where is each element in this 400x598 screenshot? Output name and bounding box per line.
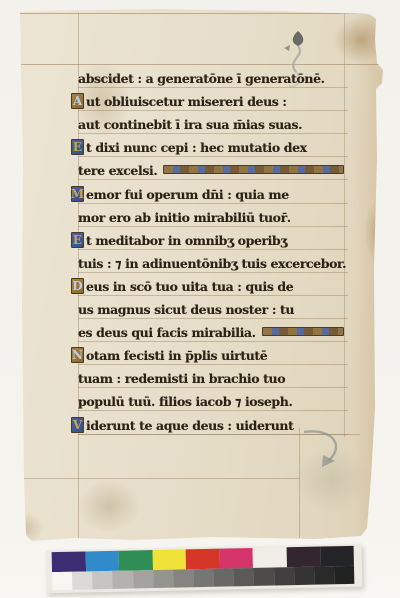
gray-patch [253,568,274,586]
gray-patch [153,570,174,588]
line-text: t dixi nunc cepi : hec mutatio dex [86,140,307,155]
color-patch [253,547,287,568]
gray-patch [133,570,154,588]
text-line: populū tuū. filios iacob ⁊ ioseph. [78,388,348,411]
line-text: aut continebit ī ira sua m̄ias suas. [78,117,302,132]
line-text: mor ero ab initio mirabiliū tuor̄. [78,210,291,225]
color-patch [119,550,153,571]
illuminated-initial: M [71,186,84,202]
gray-patch [213,568,234,586]
gray-patch [334,566,355,584]
gray-patch [314,566,335,584]
text-line: Deus in scō tuo uita tua : quis de [78,273,348,296]
color-patch [152,549,186,570]
text-line: aut continebit ī ira sua m̄ias suas. [78,111,348,134]
color-patch [219,548,253,569]
gray-patch [294,567,315,585]
illuminated-initial: A [71,93,84,109]
ruling-line [24,478,300,479]
line-text: ut obliuiscetur misereri deus : [86,94,287,109]
gray-patch [193,569,214,587]
gray-patch [274,567,295,585]
gray-patch [52,572,73,590]
color-patch [52,551,86,572]
illuminated-initial: N [71,347,84,363]
photo-background: abscidet : a generatōne ī generatōnē. Au… [0,0,400,598]
text-line: us magnus sicut deus noster : tu [78,296,348,319]
line-text: eus in scō tuo uita tua : quis de [86,279,293,294]
manuscript-text-block: abscidet : a generatōne ī generatōnē. Au… [78,65,348,435]
manuscript-page: abscidet : a generatōne ī generatōnē. Au… [14,8,384,542]
text-line: mor ero ab initio mirabiliū tuor̄. [78,204,348,227]
text-line: Et dixi nunc cepi : hec mutatio dex [78,134,348,157]
text-line: abscidet : a generatōne ī generatōnē. [78,65,348,88]
text-line: Notam fecisti in p̄plis uirtutē [78,342,348,365]
line-text: tere excelsi. [78,163,157,178]
color-patch [186,549,220,570]
line-text: populū tuū. filios iacob ⁊ ioseph. [78,394,292,409]
pen-flourish-doodle [298,428,353,478]
line-text: abscidet : a generatōne ī generatōnē. [78,71,325,86]
text-line: Aut obliuiscetur misereri deus : [78,88,348,111]
line-text: es deus qui facis mirabilia. [78,325,256,340]
line-filler-ornament [163,165,344,174]
line-text: emor fui operum dn̄i : quia me [86,187,289,202]
line-filler-ornament [262,327,344,336]
text-line: Memor fui operum dn̄i : quia me [78,180,348,203]
text-line: es deus qui facis mirabilia. [78,319,348,342]
gray-patch [72,571,93,589]
color-patch [85,551,119,572]
text-line: tuam : redemisti in brachio tuo [78,365,348,388]
gray-patch [173,569,194,587]
line-text: tuam : redemisti in brachio tuo [78,371,285,386]
text-line: tere excelsi. [78,157,348,180]
gray-patch [112,570,133,588]
line-text: iderunt te aque deus : uiderunt [86,418,293,433]
text-line: tuis : ⁊ in adinuentōnibʒ tuis excercebo… [78,250,348,273]
line-text: tuis : ⁊ in adinuentōnibʒ tuis excercebo… [78,256,346,271]
illuminated-initial: V [71,417,84,433]
gray-patch [233,568,254,586]
line-text: t meditabor in omnibʒ operibʒ [86,233,287,248]
color-calibration-bar [52,546,355,590]
line-text: otam fecisti in p̄plis uirtutē [86,348,267,363]
ruling-line [20,13,378,14]
illuminated-initial: E [71,139,84,155]
illuminated-initial: D [71,278,84,294]
illuminated-initial: E [71,232,84,248]
text-line: Et meditabor in omnibʒ operibʒ [78,227,348,250]
line-text: us magnus sicut deus noster : tu [78,302,294,317]
gray-patch [92,571,113,589]
color-patch [287,547,321,568]
color-patch [320,546,354,567]
